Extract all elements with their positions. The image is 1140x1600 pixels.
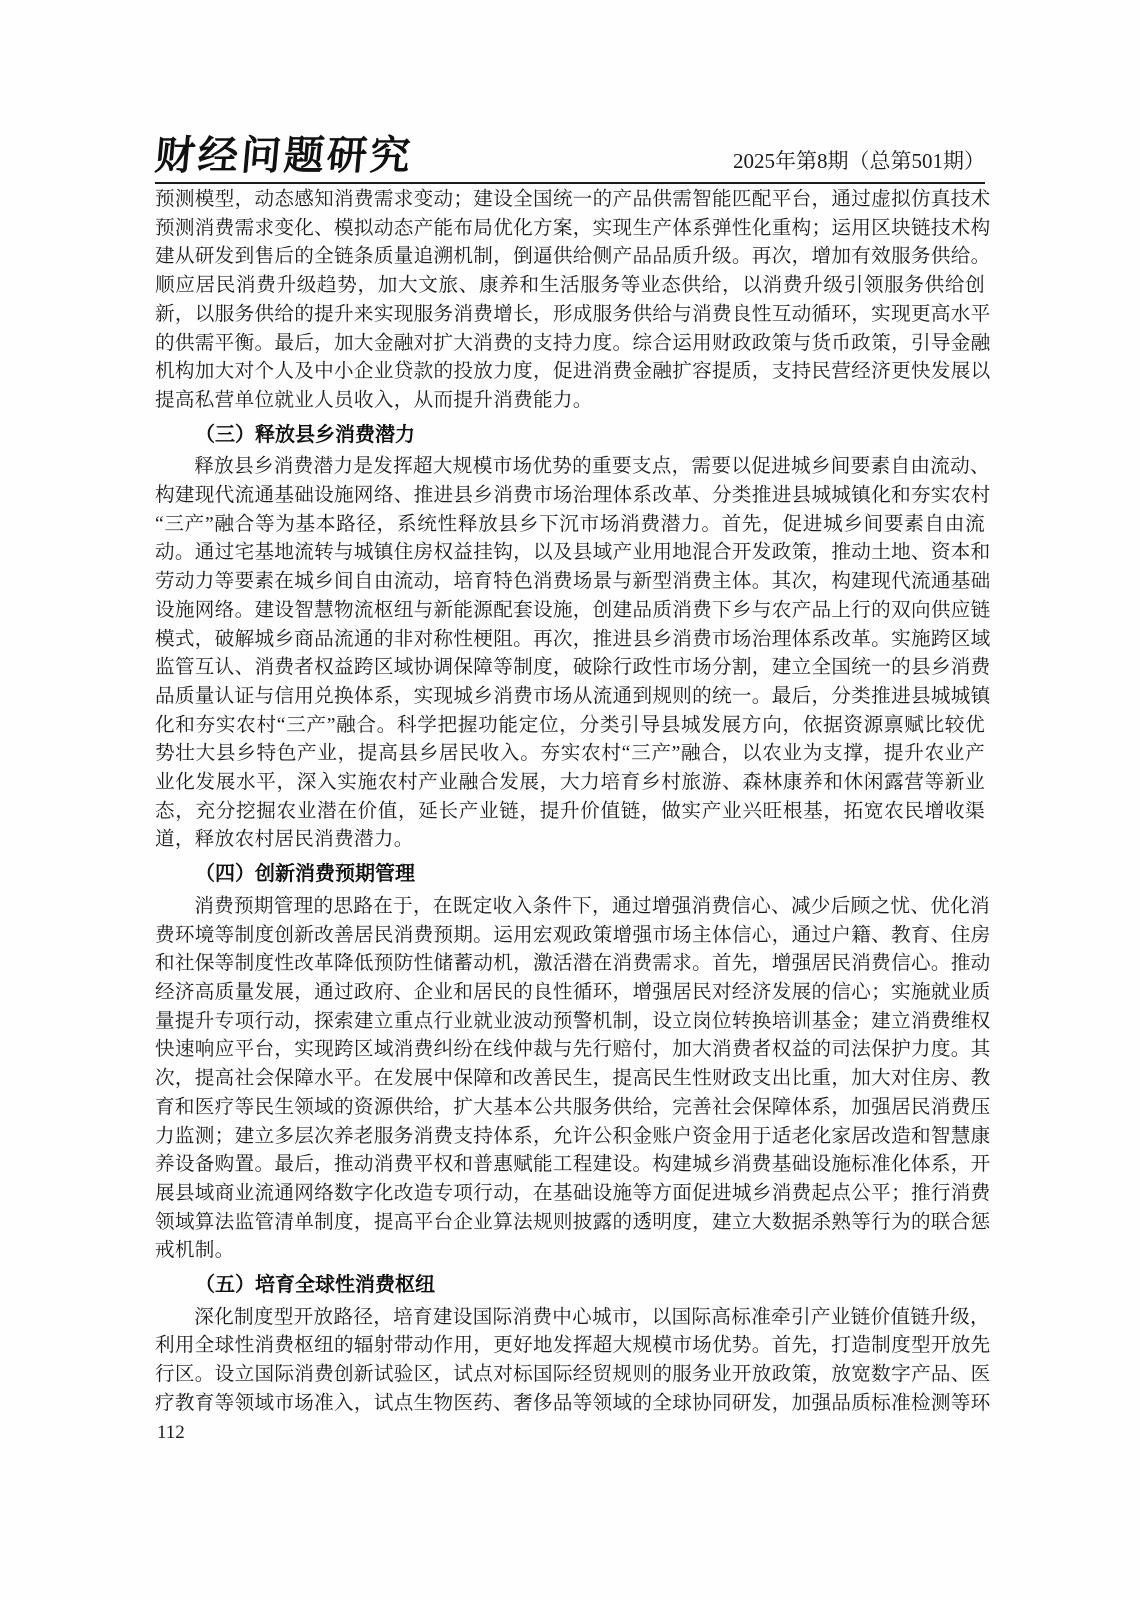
text-line: 释放县乡消费潜力是发挥超大规模市场优势的重要支点，需要以促进城乡间要素自由流动、 bbox=[155, 453, 985, 482]
text-line: 构建现代流通基础设施网络、推进县乡消费市场治理体系改革、分类推进县城城镇化和夯实… bbox=[155, 482, 985, 511]
text-line: 养设备购置。最后，推动消费平权和普惠赋能工程建设。构建城乡消费基础设施标准化体系… bbox=[155, 1151, 985, 1180]
text-line: 疗教育等领域市场准入，试点生物医药、奢侈品等领域的全球协同研发，加强品质标准检测… bbox=[155, 1390, 985, 1419]
page-header: 财经问题研究 2025年第8期（总第501期） bbox=[155, 124, 985, 184]
text-line: 预测消费需求变化、模拟动态产能布局优化方案，实现生产体系弹性化重构；运用区块链技… bbox=[155, 215, 985, 244]
paragraph: 释放县乡消费潜力是发挥超大规模市场优势的重要支点，需要以促进城乡间要素自由流动、… bbox=[155, 453, 985, 855]
text-line: 设施网络。建设智慧物流枢纽与新能源配套设施，创建品质消费下乡与农产品上行的双向供… bbox=[155, 597, 985, 626]
text-line: 力监测；建立多层次养老服务消费支持体系，允许公积金账户资金用于适老化家居改造和智… bbox=[155, 1123, 985, 1152]
text-line: 道，释放农村居民消费潜力。 bbox=[155, 826, 985, 855]
text-line: 化和夯实农村“三产”融合。科学把握功能定位，分类引导县城发展方向，依据资源禀赋比… bbox=[155, 712, 985, 741]
text-line: 领域算法监管清单制度，提高平台企业算法规则披露的透明度，建立大数据杀熟等行为的联… bbox=[155, 1209, 985, 1238]
text-line: 的供需平衡。最后，加大金融对扩大消费的支持力度。综合运用财政政策与货币政策，引导… bbox=[155, 330, 985, 359]
issue-info: 2025年第8期（总第501期） bbox=[733, 151, 985, 176]
text-line: 行区。设立国际消费创新试验区，试点对标国际经贸规则的服务业开放政策，放宽数字产品… bbox=[155, 1361, 985, 1390]
journal-page: 财经问题研究 2025年第8期（总第501期） 预测模型，动态感知消费需求变动；… bbox=[0, 0, 1140, 1600]
text-line: 建从研发到售后的全链条质量追溯机制，倒逼供给侧产品品质升级。再次，增加有效服务供… bbox=[155, 243, 985, 272]
article-body: 预测模型，动态感知消费需求变动；建设全国统一的产品供需智能匹配平台，通过虚拟仿真… bbox=[155, 186, 985, 1419]
page-number: 112 bbox=[157, 1422, 185, 1444]
text-line: 利用全球性消费枢纽的辐射带动作用，更好地发挥超大规模市场优势。首先，打造制度型开… bbox=[155, 1332, 985, 1361]
text-line: 快速响应平台，实现跨区域消费纠纷在线仲裁与先行赔付，加大消费者权益的司法保护力度… bbox=[155, 1036, 985, 1065]
text-line: 新，以服务供给的提升来实现服务消费增长，形成服务供给与消费良性互动循环，实现更高… bbox=[155, 301, 985, 330]
text-line: 费环境等制度创新改善居民消费预期。运用宏观政策增强市场主体信心，通过户籍、教育、… bbox=[155, 922, 985, 951]
text-line: 戒机制。 bbox=[155, 1237, 985, 1266]
text-line: 态，充分挖掘农业潜在价值，延长产业链，提升价值链，做实产业兴旺根基，拓宽农民增收… bbox=[155, 798, 985, 827]
text-line: 和社保等制度性改革降低预防性储蓄动机，激活潜在消费需求。首先，增强居民消费信心。… bbox=[155, 950, 985, 979]
text-line: 展县域商业流通网络数字化改造专项行动，在基础设施等方面促进城乡消费起点公平；推行… bbox=[155, 1180, 985, 1209]
text-line: 预测模型，动态感知消费需求变动；建设全国统一的产品供需智能匹配平台，通过虚拟仿真… bbox=[155, 186, 985, 215]
text-line: 经济高质量发展，通过政府、企业和居民的良性循环，增强居民对经济发展的信心；实施就… bbox=[155, 979, 985, 1008]
text-line: 品质量认证与信用兑换体系，实现城乡消费市场从流通到规则的统一。最后，分类推进县城… bbox=[155, 683, 985, 712]
text-line: 机构加大对个人及中小企业贷款的投放力度，促进消费金融扩容提质，支持民营经济更快发… bbox=[155, 358, 985, 387]
text-line: 量提升专项行动，探索建立重点行业就业波动预警机制，设立岗位转换培训基金；建立消费… bbox=[155, 1008, 985, 1037]
section-heading: （三）释放县乡消费潜力 bbox=[155, 421, 985, 450]
text-line: 消费预期管理的思路在于，在既定收入条件下，通过增强消费信心、减少后顾之忧、优化消 bbox=[155, 893, 985, 922]
journal-logo: 财经问题研究 bbox=[153, 136, 414, 176]
text-line: “三产”融合等为基本路径，系统性释放县乡下沉市场消费潜力。首先，促进城乡间要素自… bbox=[155, 511, 985, 540]
text-line: 势壮大县乡特色产业，提高县乡居民收入。夯实农村“三产”融合，以农业为支撑，提升农… bbox=[155, 740, 985, 769]
text-line: 深化制度型开放路径，培育建设国际消费中心城市，以国际高标准牵引产业链价值链升级， bbox=[155, 1304, 985, 1333]
text-line: 提高私营单位就业人员收入，从而提升消费能力。 bbox=[155, 387, 985, 416]
text-line: 育和医疗等民生领域的资源供给，扩大基本公共服务供给，完善社会保障体系，加强居民消… bbox=[155, 1094, 985, 1123]
text-line: 次，提高社会保障水平。在发展中保障和改善民生，提高民生性财政支出比重，加大对住房… bbox=[155, 1065, 985, 1094]
text-line: 劳动力等要素在城乡间自由流动，培育特色消费场景与新型消费主体。其次，构建现代流通… bbox=[155, 568, 985, 597]
section-heading: （四）创新消费预期管理 bbox=[155, 860, 985, 889]
text-line: 监管互认、消费者权益跨区域协调保障等制度，破除行政性市场分割，建立全国统一的县乡… bbox=[155, 654, 985, 683]
text-line: 动。通过宅基地流转与城镇住房权益挂钩，以及县域产业用地混合开发政策，推动土地、资… bbox=[155, 539, 985, 568]
text-line: 业化发展水平，深入实施农村产业融合发展，大力培育乡村旅游、森林康养和休闲露营等新… bbox=[155, 769, 985, 798]
paragraph: 深化制度型开放路径，培育建设国际消费中心城市，以国际高标准牵引产业链价值链升级，… bbox=[155, 1304, 985, 1419]
text-line: 顺应居民消费升级趋势，加大文旅、康养和生活服务等业态供给，以消费升级引领服务供给… bbox=[155, 272, 985, 301]
paragraph: 预测模型，动态感知消费需求变动；建设全国统一的产品供需智能匹配平台，通过虚拟仿真… bbox=[155, 186, 985, 416]
section-heading: （五）培育全球性消费枢纽 bbox=[155, 1271, 985, 1300]
paragraph: 消费预期管理的思路在于，在既定收入条件下，通过增强消费信心、减少后顾之忧、优化消… bbox=[155, 893, 985, 1266]
text-line: 模式，破解城乡商品流通的非对称性梗阻。再次，推进县乡消费市场治理体系改革。实施跨… bbox=[155, 626, 985, 655]
